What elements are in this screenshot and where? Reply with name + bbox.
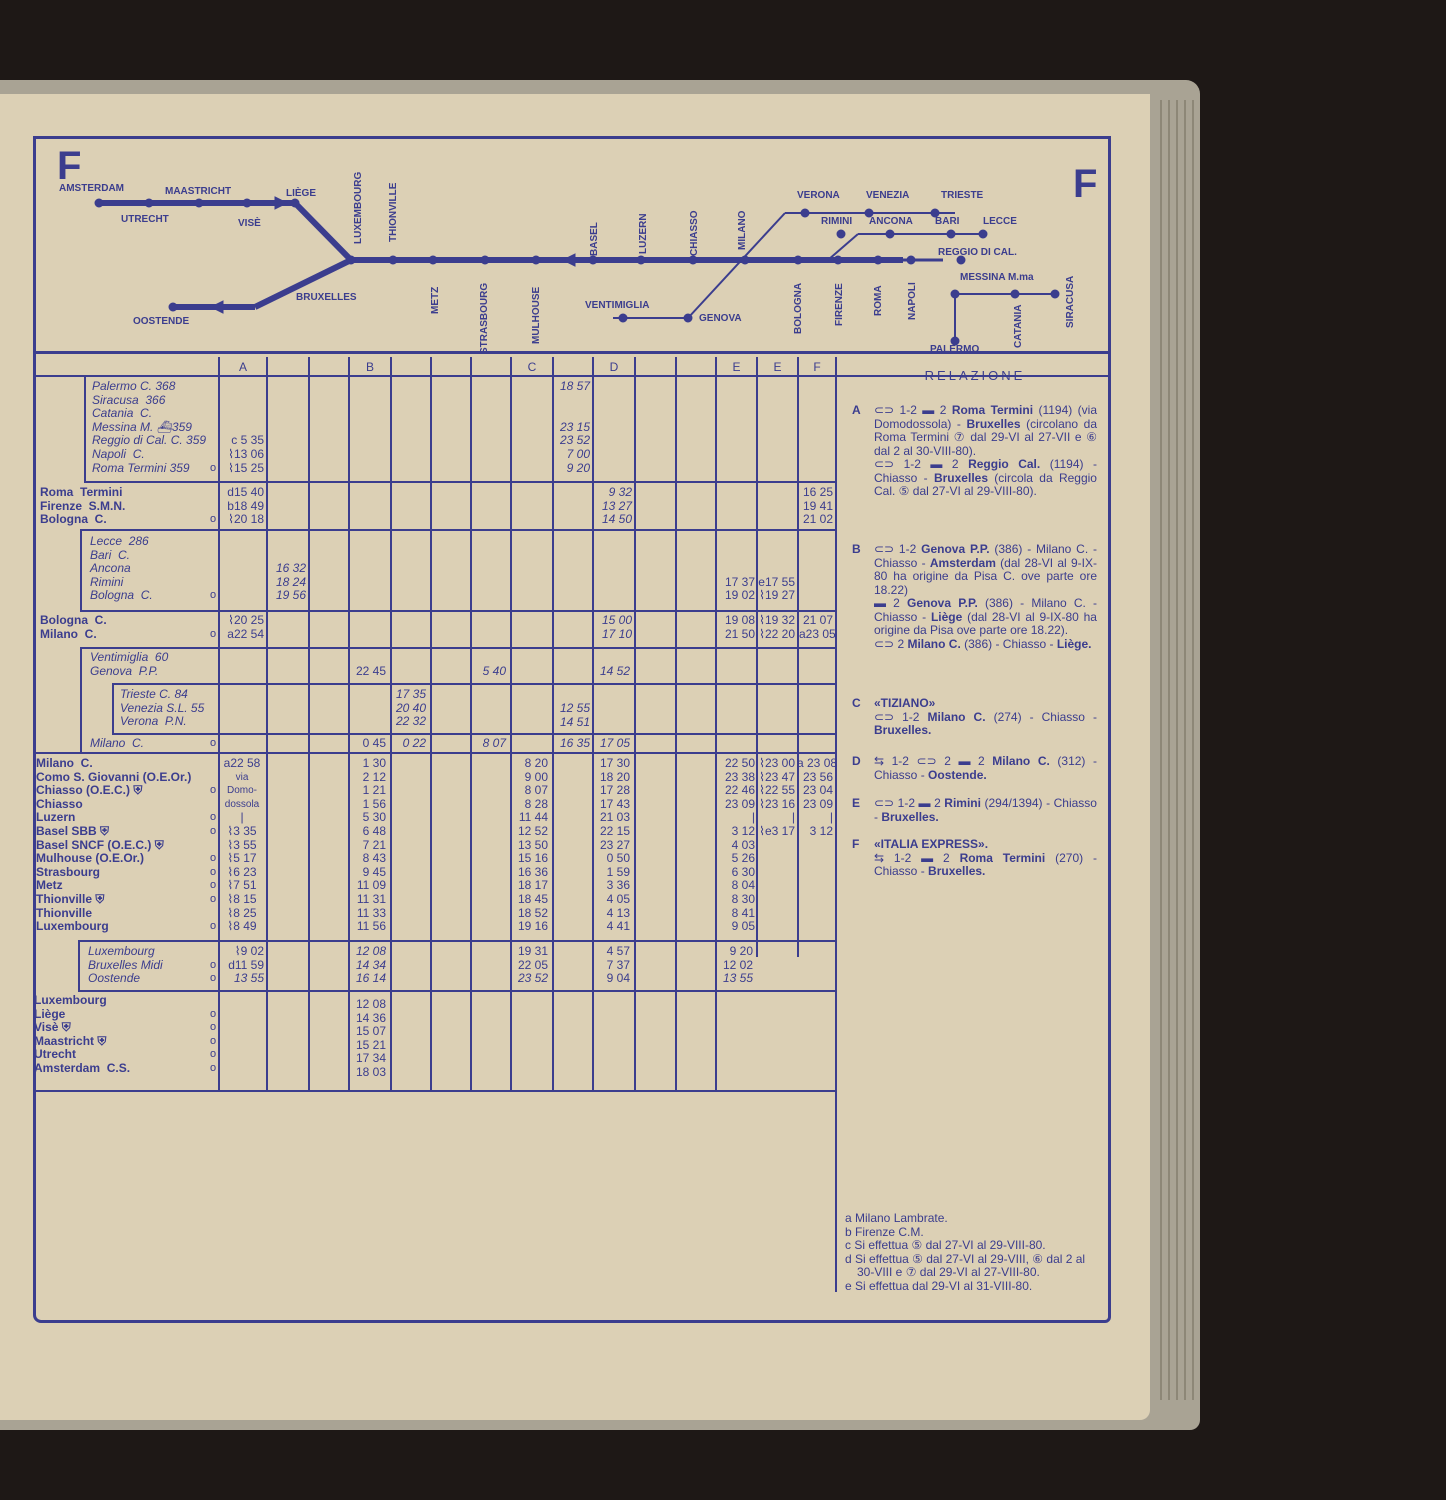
times-s7-d: 17 3018 2017 2817 4321 0322 1523 270 501… xyxy=(594,757,630,934)
map-label-basel: BASEL xyxy=(589,222,600,256)
times-s7-a: a22 58viaDomo-dossola|⌇3 35⌇3 55⌇5 17⌇6 … xyxy=(220,757,264,934)
map-label-milano: MILANO xyxy=(737,211,748,250)
section-sicily-stations: Palermo C. 368Siracusa 366Catania C.Mess… xyxy=(92,380,206,475)
relazione-entry-e: E⊂⊃ 1-2 ▬ 2 Rimini (294/1394) - Chiasso … xyxy=(852,797,1097,824)
map-label-roma: ROMA xyxy=(873,285,884,316)
circle-marks: o xyxy=(210,486,216,527)
map-label-luxembourg: LUXEMBOURG xyxy=(353,172,364,244)
times-s7-e2: ⌇23 00⌇23 47⌇22 55⌇23 16|⌇e3 17 xyxy=(758,757,795,839)
map-label-reggio: REGGIO DI CAL. xyxy=(938,247,1017,258)
relazione-header: RELAZIONE xyxy=(840,368,1110,383)
times-s0-c2: 18 57 23 1523 527 009 20 xyxy=(554,380,590,475)
relazione-entry-d: D⇆ 1-2 ⊂⊃ 2 ▬ 2 Milano C. (312) - Chiass… xyxy=(852,755,1097,782)
section-veneto-stations: Trieste C. 84Venezia S.L. 55Verona P.N. xyxy=(120,688,204,729)
map-label-strasbourg: STRASBOURG xyxy=(479,283,490,354)
times-s8-b: 12 0814 3416 14 xyxy=(350,945,386,986)
times-s1-a: d15 40b18 49⌇20 18 xyxy=(220,486,264,527)
section-roma-stations: Roma TerminiFirenze S.M.N.Bologna C. xyxy=(40,486,125,527)
footnote-e: e Si effettua dal 29-VI al 31-VIII-80. xyxy=(845,1280,1095,1294)
times-s3-e1: 19 0821 50 xyxy=(717,614,755,641)
map-label-maastricht: MAASTRICHT xyxy=(165,186,231,197)
map-label-amsterdam: AMSTERDAM xyxy=(59,183,124,194)
map-label-oostende: OOSTENDE xyxy=(133,316,189,327)
section-bologna-milano-stations: Bologna C.Milano C. xyxy=(40,614,107,641)
times-s3-a: ⌇20 25a22 54 xyxy=(220,614,264,641)
times-s5-col5: 17 3520 4022 32 xyxy=(392,688,426,729)
column-header-b: B xyxy=(350,360,390,376)
circle-marks: ooooo xyxy=(210,994,216,1076)
map-label-bologna: BOLOGNA xyxy=(793,283,804,334)
relazione-entry-f: F«ITALIA EXPRESS».⇆ 1-2 ▬ 2 Roma Termini… xyxy=(852,838,1097,879)
column-header-f: F xyxy=(799,360,835,376)
times-s7-f: a 23 0823 5623 0423 09|3 12 xyxy=(797,757,833,839)
map-label-luzern: LUZERN xyxy=(638,213,649,254)
column-header-c: C xyxy=(512,360,552,376)
times-s8-c: 19 3122 0523 52 xyxy=(512,945,548,986)
circle-marks: o xyxy=(210,535,216,603)
times-s6-col6: 8 07 xyxy=(472,737,506,751)
map-label-catania: CATANIA xyxy=(1013,304,1024,348)
times-s7-c: 8 209 008 078 2811 4412 5213 5015 1616 3… xyxy=(512,757,548,934)
section-adriatic-stations: Lecce 286Bari C.AnconaRiminiBologna C. xyxy=(90,535,153,603)
map-label-messina: MESSINA M.ma xyxy=(960,272,1034,283)
map-label-genova: GENOVA xyxy=(699,313,742,324)
map-label-vise: VISÈ xyxy=(238,218,261,229)
section-genova-stations: Ventimiglia 60Genova P.P. xyxy=(90,651,168,678)
times-s4-d: 14 52 xyxy=(594,665,630,679)
circle-marks: o xyxy=(210,380,216,475)
times-s7-b: 1 302 121 211 565 306 487 218 439 4511 0… xyxy=(350,757,386,934)
circle-marks: oooooooo xyxy=(210,757,216,934)
column-header-a: A xyxy=(220,360,266,376)
column-header-d: D xyxy=(594,360,634,376)
column-header-e2: E xyxy=(758,360,797,376)
times-s4-col6: 5 40 xyxy=(472,665,506,679)
times-s3-d: 15 0017 10 xyxy=(594,614,632,641)
relazione-entry-a: A⊂⊃ 1-2 ▬ 2 Roma Termini (1194) (via Dom… xyxy=(852,404,1097,499)
times-s3-f: 21 07a23 05 xyxy=(799,614,833,641)
map-label-venezia: VENEZIA xyxy=(866,190,909,201)
times-s2-e2: e17 55⌇19 27 xyxy=(758,535,795,603)
section-milano-luxembourg-stations: Milano C.Como S. Giovanni (O.E.Or.)Chias… xyxy=(36,757,191,934)
map-label-mulhouse: MULHOUSE xyxy=(531,287,542,344)
times-s6-col5: 0 22 xyxy=(392,737,426,751)
map-label-verona: VERONA xyxy=(797,190,840,201)
footnotes: a Milano Lambrate. b Firenze C.M. c Si e… xyxy=(845,1212,1095,1294)
map-label-siracusa: SIRACUSA xyxy=(1065,276,1076,328)
map-label-palermo: PALERMO xyxy=(930,344,979,355)
times-s6-d: 17 05 xyxy=(594,737,630,751)
map-label-metz: METZ xyxy=(430,287,441,314)
times-s1-d: 9 3213 2714 50 xyxy=(594,486,632,527)
footnote-c: c Si effettua ⑤ dal 27-VI al 29-VIII-80. xyxy=(845,1239,1095,1253)
map-label-bruxelles: BRUXELLES xyxy=(296,292,357,303)
times-s0-a: c 5 35⌇13 06⌇15 25 xyxy=(220,380,264,475)
map-label-napoli: NAPOLI xyxy=(907,282,918,320)
times-s2-a2: 16 3218 2419 56 xyxy=(268,535,306,603)
times-s7-e1: 22 5023 3822 4623 09|3 124 035 266 308 0… xyxy=(717,757,755,934)
footnote-a: a Milano Lambrate. xyxy=(845,1212,1095,1226)
section-netherlands-stations: LuxembourgLiègeVisè ⛨Maastricht ⛨Utrecht… xyxy=(34,994,130,1076)
times-s4-b: 22 45 xyxy=(350,665,386,679)
circle-marks: oo xyxy=(210,945,216,986)
footnote-d: d Si effettua ⑤ dal 27-VI al 29-VIII, ⑥ … xyxy=(845,1253,1095,1280)
times-s8-e1: 9 2012 0213 55 xyxy=(717,945,753,986)
route-lines xyxy=(33,136,1111,354)
times-s1-f: 16 2519 4121 02 xyxy=(799,486,833,527)
map-label-bari: BARI xyxy=(935,216,959,227)
times-s8-d: 4 577 379 04 xyxy=(594,945,630,986)
section-milano-arr-stations: Milano C. xyxy=(90,737,144,751)
times-s6-c2: 16 35 xyxy=(554,737,590,751)
map-label-ventimiglia: VENTIMIGLIA xyxy=(585,300,649,311)
times-s9-b: 12 0814 3615 0715 2117 3418 03 xyxy=(350,998,386,1080)
map-label-lecce: LECCE xyxy=(983,216,1017,227)
times-s3-e2: ⌇19 32⌇22 20 xyxy=(758,614,795,641)
times-s8-a: ⌇9 02d11 5913 55 xyxy=(220,945,264,986)
map-label-firenze: FIRENZE xyxy=(834,283,845,326)
times-s5-c2: 12 5514 51 xyxy=(554,702,590,729)
circle-marks: o xyxy=(210,737,216,751)
map-label-thionville: THIONVILLE xyxy=(388,183,399,242)
map-label-rimini: RIMINI xyxy=(821,216,852,227)
footnote-b: b Firenze C.M. xyxy=(845,1226,1095,1240)
circle-marks: o xyxy=(210,614,216,641)
map-label-liege: LIÈGE xyxy=(286,188,316,199)
map-label-utrecht: UTRECHT xyxy=(121,214,169,225)
times-s6-b: 0 45 xyxy=(350,737,386,751)
route-map: F F AMSTERDAM UTR xyxy=(33,136,1111,354)
relazione-entry-c: C«TIZIANO»⊂⊃ 1-2 Milano C. (274) - Chias… xyxy=(852,697,1097,738)
map-label-trieste: TRIESTE xyxy=(941,190,983,201)
map-label-ancona: ANCONA xyxy=(869,216,913,227)
relazione-entry-b: B⊂⊃ 1-2 Genova P.P. (386) - Milano C. - … xyxy=(852,543,1097,651)
times-s2-e1: 17 3719 02 xyxy=(717,535,755,603)
column-header-e1: E xyxy=(717,360,756,376)
map-label-chiasso: CHIASSO xyxy=(689,210,700,256)
section-belgium-stations: LuxembourgBruxelles MidiOostende xyxy=(88,945,163,986)
